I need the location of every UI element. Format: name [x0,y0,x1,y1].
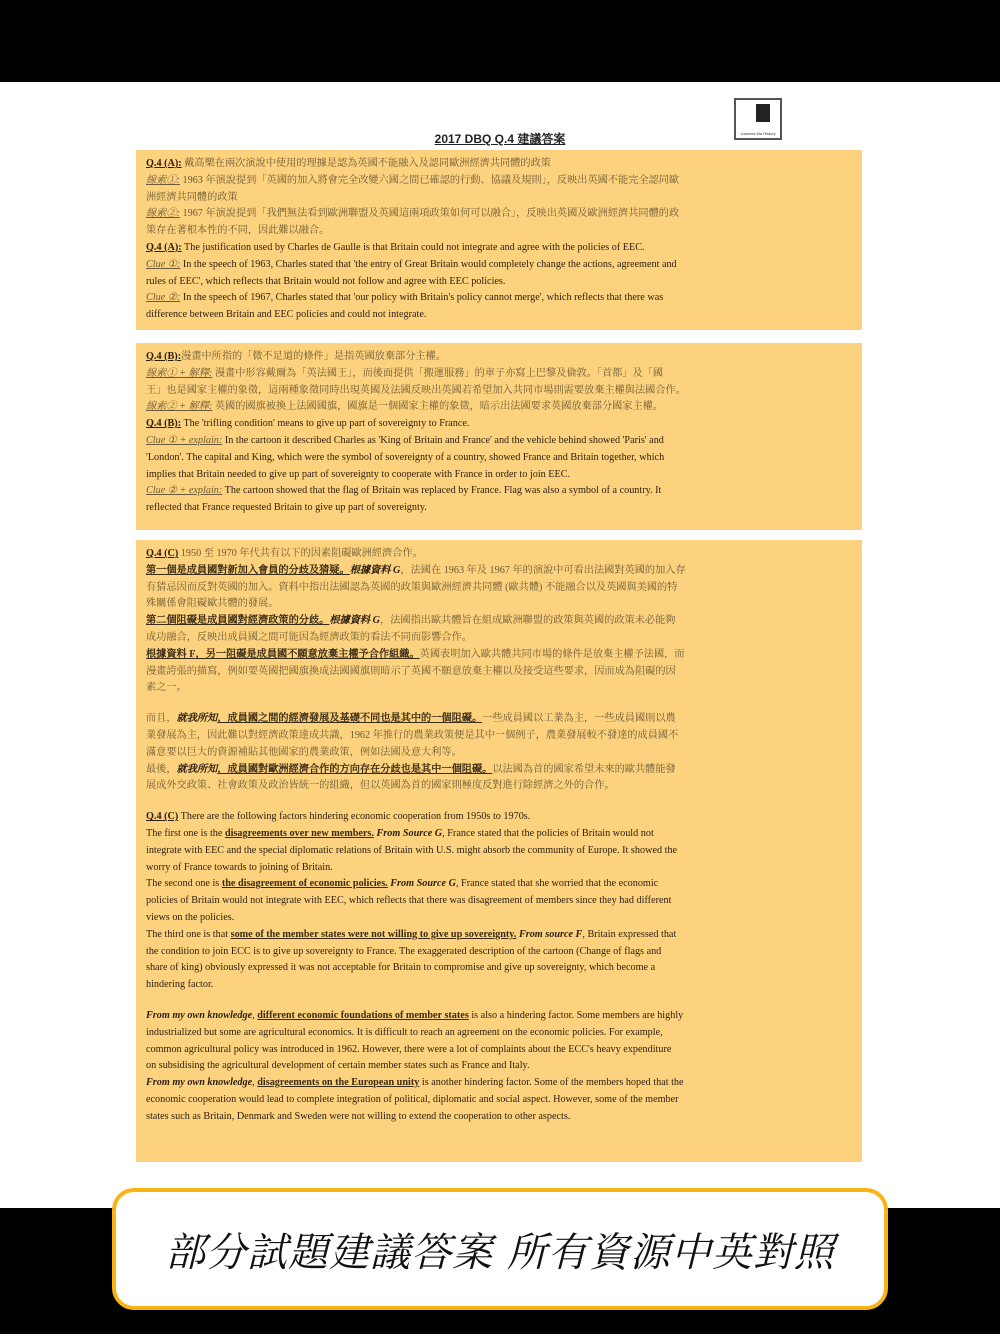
document-title: 2017 DBQ Q.4 建議答案 [0,130,1000,147]
text-segment: reflected that France requested Britain … [146,502,427,513]
text-line: difference between Britain and EEC polic… [146,307,852,324]
text-segment: 1967 年演說提到「我們無法看到歐洲聯盟及英國這兩項政策如何可以融合」，反映出… [180,208,679,219]
text-segment: 滿意要以巨大的資源補貼其他國家的農業政策，例如法國及意大利等。 [146,747,462,758]
text-segment: The third one is that [146,929,231,940]
text-segment: 業發展為主，因此難以對經濟政策達成共識，1962 年推行的農業政策便是其中一個例… [146,730,678,741]
text-segment: 根據資料 G [350,565,401,576]
text-segment: 根據資料 G [329,615,380,626]
text-line: Clue ① + explain: In the cartoon it desc… [146,433,852,450]
text-segment: economic cooperation would lead to compl… [146,1094,679,1105]
text-segment: 最後， [146,764,177,775]
answer-box-q4a: Q.4 (A): 戴高樂在兩次演說中使用的理據是認為英國不能融入及認同歐洲經濟共… [136,150,862,330]
key-point: ，成員國對歐洲經濟合作的方向存在分歧也是其中一個阻礙。 [217,764,492,775]
text-line: views on the policies. [146,910,852,927]
text-segment: In the cartoon it described Charles as '… [222,435,664,446]
text-line: 滿意要以巨大的資源補貼其他國家的農業政策，例如法國及意大利等。 [146,745,852,762]
text-line: Q.4 (A): The justification used by Charl… [146,240,852,257]
text-segment: states such as Britain, Denmark and Swed… [146,1111,570,1122]
text-line: states such as Britain, Denmark and Swed… [146,1109,852,1126]
text-segment: 1950 至 1970 年代共有以下的因素阻礙歐洲經濟合作。 [178,548,423,559]
callout-text: 部分試題建議答案 所有資源中英對照 [165,1221,835,1278]
text-segment: 漫畫中所指的「微不足道的條件」是指英國放棄部分主權。 [181,351,446,362]
question-label: Q.4 (C) [146,548,178,559]
text-line: The second one is the disagreement of ec… [146,876,852,893]
text-segment: , France stated that she worried that th… [456,878,658,889]
clue-label: Clue ①: [146,259,180,270]
text-line: 根據資料 F，另一阻礙是成員國不願意放棄主權予合作組織。英國表明加入歐共體共同市… [146,647,852,664]
answer-box-q4b: Q.4 (B):漫畫中所指的「微不足道的條件」是指英國放棄部分主權。線索① + … [136,343,862,530]
text-line: 線索①: 1963 年演說提到「英國的加入將會完全改變六國之間已確認的行動、協議… [146,173,852,190]
key-point: the disagreement of economic policies. [222,878,388,889]
text-line: Clue ②: In the speech of 1967, Charles s… [146,290,852,307]
text-segment: common agricultural policy was introduce… [146,1044,671,1055]
text-line: 展成外交政策、社會政策及政治皆統一的組織，但以英國為首的國家則極度反對進行除經濟… [146,778,852,795]
text-segment: integrate with EEC and the special diplo… [146,845,677,856]
text-segment: is another hindering factor. Some of the… [419,1077,683,1088]
text-segment: industrialized but some are agricultural… [146,1027,663,1038]
text-segment: The 'trifling condition' means to give u… [181,418,469,429]
key-point: disagreements on the European unity [257,1077,419,1088]
clue-label: 線索②: [146,208,180,219]
text-line: 洲經濟共同體的政策 [146,190,852,207]
text-line: implies that Britain needed to give up p… [146,467,852,484]
text-segment: 而且， [146,713,177,724]
text-line: 最後，就我所知，成員國對歐洲經濟合作的方向存在分歧也是其中一個阻礙。以法國為首的… [146,762,852,779]
promo-callout: 部分試題建議答案 所有資源中英對照 [112,1188,888,1310]
text-segment: 漫畫中形容戴爾為「英法國王」，而後面提供「搬運服務」的車子亦寫上巴黎及倫敦。「首… [212,368,663,379]
paragraph-gap [146,697,852,711]
text-segment: The second one is [146,878,222,889]
text-line: hindering factor. [146,977,852,994]
text-segment: rules of EEC', which reflects that Brita… [146,276,505,287]
text-segment: The first one is the [146,828,225,839]
text-line: From my own knowledge, different economi… [146,1008,852,1025]
key-point: 第二個阻礙是成員國對經濟政策的分歧。 [146,615,329,626]
text-segment: ，法國指出歐共體旨在組成歐洲聯盟的政策與英國的政策未必能夠 [380,615,675,626]
text-line: Q.4 (A): 戴高樂在兩次演說中使用的理據是認為英國不能融入及認同歐洲經濟共… [146,156,852,173]
text-line: worry of France towards to joining of Br… [146,860,852,877]
text-line: Q.4 (C) There are the following factors … [146,809,852,826]
text-segment: ，法國在 1963 年及 1967 年的演說中可看出法國對英國的加入存 [400,565,685,576]
text-segment: difference between Britain and EEC polic… [146,309,426,320]
key-point: some of the member states were not willi… [231,929,517,940]
text-segment: There are the following factors hinderin… [178,811,530,822]
clue-label: 線索① + 解釋: [146,368,212,379]
text-segment: 策存在著根本性的不同，因此難以融合。 [146,225,329,236]
text-segment: 就我所知 [177,764,218,775]
text-segment: share of king) obviously expressed it wa… [146,962,655,973]
text-line: 王」也是國家主權的象徵，這兩種象徵同時出現英國及法國反映出英國若希望加入共同市場… [146,383,852,400]
text-segment: implies that Britain needed to give up p… [146,469,570,480]
text-segment: From Source G [374,828,442,839]
text-segment: From source F [516,929,582,940]
clue-label: 線索①: [146,175,180,186]
key-point: different economic foundations of member… [257,1010,469,1021]
text-segment: From my own knowledge [146,1010,252,1021]
text-segment: , Britain expressed that [582,929,676,940]
text-segment: The justification used by Charles de Gau… [182,242,645,253]
text-segment: on subsidising the agricultural developm… [146,1060,530,1071]
text-line: industrialized but some are agricultural… [146,1025,852,1042]
text-line: Q.4 (C) 1950 至 1970 年代共有以下的因素阻礙歐洲經濟合作。 [146,546,852,563]
text-line: integrate with EEC and the special diplo… [146,843,852,860]
text-segment: In the speech of 1963, Charles stated th… [180,259,676,270]
text-line: 業發展為主，因此難以對經濟政策達成共識，1962 年推行的農業政策便是其中一個例… [146,728,852,745]
text-line: 策存在著根本性的不同，因此難以融合。 [146,223,852,240]
text-line: 素之一。 [146,680,852,697]
text-line: 第一個是成員國對新加入會員的分歧及猜疑。根據資料 G，法國在 1963 年及 1… [146,563,852,580]
text-line: share of king) obviously expressed it wa… [146,960,852,977]
text-line: The first one is the disagreements over … [146,826,852,843]
question-label: Q.4 (B): [146,418,181,429]
key-point: disagreements over new members. [225,828,374,839]
text-segment: 王」也是國家主權的象徵，這兩種象徵同時出現英國及法國反映出英國若希望加入共同市場… [146,385,686,396]
text-line: 漫畫誇張的描寫，例如要英國把國旗換成法國國旗則暗示了英國不願意放棄主權以及接受這… [146,664,852,681]
text-line: 而且，就我所知，成員國之間的經濟發展及基礎不同也是其中的一個阻礙。一些成員國以工… [146,711,852,728]
text-line: policies of Britain would not integrate … [146,893,852,910]
text-line: 線索① + 解釋: 漫畫中形容戴爾為「英法國王」，而後面提供「搬運服務」的車子亦… [146,366,852,383]
paragraph-gap [146,994,852,1008]
text-segment: 殊關係會阻礙歐共體的發展。 [146,598,278,609]
text-segment: worry of France towards to joining of Br… [146,862,333,873]
text-line: rules of EEC', which reflects that Brita… [146,274,852,291]
clue-label: Clue ②: [146,292,180,303]
text-segment: 成功融合，反映出成員國之間可能因為經濟政策的看法不同而影響合作。 [146,632,472,643]
key-point: 根據資料 F，另一阻礙是成員國不願意放棄主權予合作組織。 [146,649,420,660]
text-line: 線索②: 1967 年演說提到「我們無法看到歐洲聯盟及英國這兩項政策如何可以融合… [146,206,852,223]
text-line: 線索② + 解釋: 英國的國旗被換上法國國旗，國旗是一個國家主權的象徵，暗示出法… [146,399,852,416]
text-segment: 展成外交政策、社會政策及政治皆統一的組織，但以英國為首的國家則極度反對進行除經濟… [146,780,615,791]
text-segment: In the speech of 1967, Charles stated th… [180,292,663,303]
text-segment: 漫畫誇張的描寫，例如要英國把國旗換成法國國旗則暗示了英國不願意放棄主權以及接受這… [146,666,676,677]
clue-label: Clue ② + explain: [146,485,222,496]
text-segment: views on the policies. [146,912,234,923]
text-line: 第二個阻礙是成員國對經濟政策的分歧。根據資料 G，法國指出歐共體旨在組成歐洲聯盟… [146,613,852,630]
text-segment: 以法國為首的國家希望未來的歐共體能發 [492,764,675,775]
text-line: economic cooperation would lead to compl… [146,1092,852,1109]
key-point: ，成員國之間的經濟發展及基礎不同也是其中的一個阻礙。 [217,713,482,724]
top-black-band [0,0,1000,82]
text-line: the condition to join ECC is to give up … [146,944,852,961]
text-segment: The cartoon showed that the flag of Brit… [222,485,661,496]
text-line: 殊關係會阻礙歐共體的發展。 [146,596,852,613]
text-segment: is also a hindering factor. Some members… [469,1010,683,1021]
clue-label: Clue ① + explain: [146,435,222,446]
text-segment: 英國表明加入歐共體共同市場的條件是放棄主權予法國，而 [420,649,685,660]
key-point: 第一個是成員國對新加入會員的分歧及猜疑。 [146,565,350,576]
text-segment: 洲經濟共同體的政策 [146,192,238,203]
question-label: Q.4 (A): [146,158,182,169]
question-label: Q.4 (C) [146,811,178,822]
question-label: Q.4 (A): [146,242,182,253]
text-segment: 有猜忌因而反對英國的加入。資料中指出法國認為英國的政策與歐洲經濟共同體 (歐共體… [146,582,677,593]
text-line: common agricultural policy was introduce… [146,1042,852,1059]
text-line: Clue ② + explain: The cartoon showed tha… [146,483,852,500]
text-segment: 素之一。 [146,682,187,693]
text-line: 成功融合，反映出成員國之間可能因為經濟政策的看法不同而影響合作。 [146,630,852,647]
text-line: Q.4 (B):漫畫中所指的「微不足道的條件」是指英國放棄部分主權。 [146,349,852,366]
text-line: 有猜忌因而反對英國的加入。資料中指出法國認為英國的政策與歐洲經濟共同體 (歐共體… [146,580,852,597]
clue-label: 線索② + 解釋: [146,401,212,412]
text-line: Q.4 (B): The 'trifling condition' means … [146,416,852,433]
text-line: The third one is that some of the member… [146,927,852,944]
text-segment: , France stated that the policies of Bri… [442,828,654,839]
text-line: 'London'. The capital and King, which we… [146,450,852,467]
paragraph-gap [146,795,852,809]
text-line: From my own knowledge, disagreements on … [146,1075,852,1092]
question-label: Q.4 (B): [146,351,181,362]
text-line: Clue ①: In the speech of 1963, Charles s… [146,257,852,274]
text-line: on subsidising the agricultural developm… [146,1058,852,1075]
text-segment: 就我所知 [177,713,218,724]
book-icon [756,104,770,122]
text-segment: 戴高樂在兩次演說中使用的理據是認為英國不能融入及認同歐洲經濟共同體的政策 [182,158,551,169]
text-segment: From my own knowledge [146,1077,252,1088]
text-segment: policies of Britain would not integrate … [146,895,671,906]
text-segment: hindering factor. [146,979,213,990]
text-segment: 1963 年演說提到「英國的加入將會完全改變六國之間已確認的行動、協議及規則」，… [180,175,679,186]
text-segment: 'London'. The capital and King, which we… [146,452,664,463]
text-segment: From Source G [388,878,456,889]
text-segment: the condition to join ECC is to give up … [146,946,661,957]
text-segment: 英國的國旗被換上法國國旗，國旗是一個國家主權的象徵，暗示出法國要求英國放棄部分國… [212,401,663,412]
text-segment: 一些成員國以工業為主，一些成員國則以農 [482,713,676,724]
text-line: reflected that France requested Britain … [146,500,852,517]
answer-box-q4c: Q.4 (C) 1950 至 1970 年代共有以下的因素阻礙歐洲經濟合作。第一… [136,540,862,1162]
